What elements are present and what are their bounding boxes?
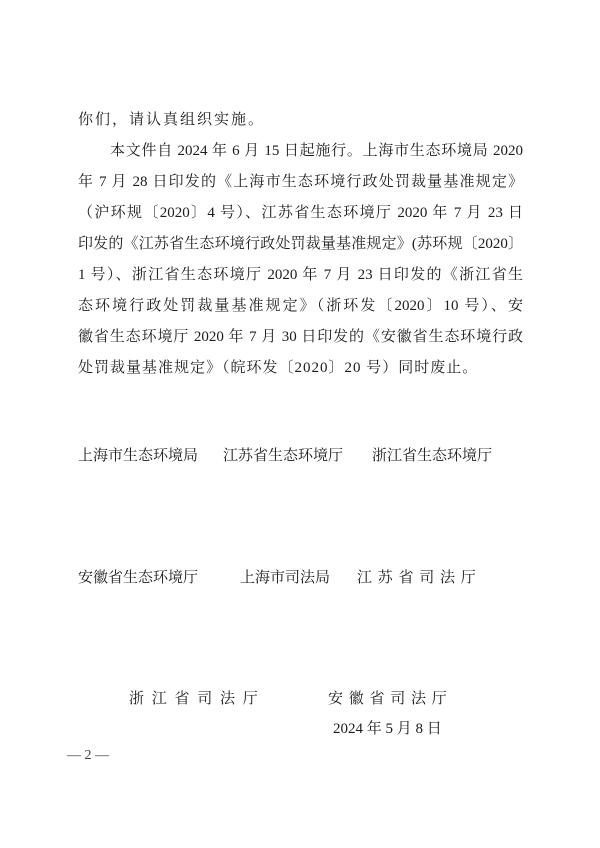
signature-date: 2024 年 5 月 8 日 <box>333 719 442 739</box>
signature-shanghai-ecology-bureau: 上海市生态环境局 <box>78 446 198 466</box>
body-line: 1 号）、浙江省生态环境厅 2020 年 7 月 23 日印发的《浙江省生 <box>78 260 523 291</box>
body-line: 印发的《江苏省生态环境行政处罚裁量基准规定》(苏环规〔2020〕 <box>78 229 523 260</box>
document-page: 你们，请认真组织实施。 本文件自 2024 年 6 月 15 日起施行。上海市生… <box>0 0 600 848</box>
signature-anhui-ecology-dept: 安徽省生态环境厅 <box>78 568 198 588</box>
body-line: 年 7 月 28 日印发的《上海市生态环境行政处罚裁量基准规定》 <box>78 167 523 198</box>
body-line: 态环境行政处罚裁量基准规定》（浙环发〔2020〕10 号）、安 <box>78 291 523 322</box>
body-line: 你们，请认真组织实施。 <box>78 105 523 136</box>
signature-jiangsu-justice-dept: 江 苏 省 司 法 厅 <box>357 568 477 588</box>
document-body: 你们，请认真组织实施。 本文件自 2024 年 6 月 15 日起施行。上海市生… <box>78 105 523 384</box>
signature-anhui-justice-dept: 安 徽 省 司 法 厅 <box>328 689 448 709</box>
signature-shanghai-justice-bureau: 上海市司法局 <box>240 568 330 588</box>
body-line: 徽省生态环境厅 2020 年 7 月 30 日印发的《安徽省生态环境行政 <box>78 322 523 353</box>
body-line: 本文件自 2024 年 6 月 15 日起施行。上海市生态环境局 2020 <box>78 136 523 167</box>
signature-zhejiang-justice-dept: 浙 江 省 司 法 厅 <box>129 689 260 709</box>
page-number: — 2 — <box>67 747 109 765</box>
signature-zhejiang-ecology-dept: 浙江省生态环境厅 <box>372 446 492 466</box>
body-line: 处罚裁量基准规定》（皖环发〔2020〕20 号）同时废止。 <box>78 353 523 384</box>
body-line: （沪环规〔2020〕4 号）、江苏省生态环境厅 2020 年 7 月 23 日 <box>78 198 523 229</box>
signature-jiangsu-ecology-dept: 江苏省生态环境厅 <box>223 446 343 466</box>
